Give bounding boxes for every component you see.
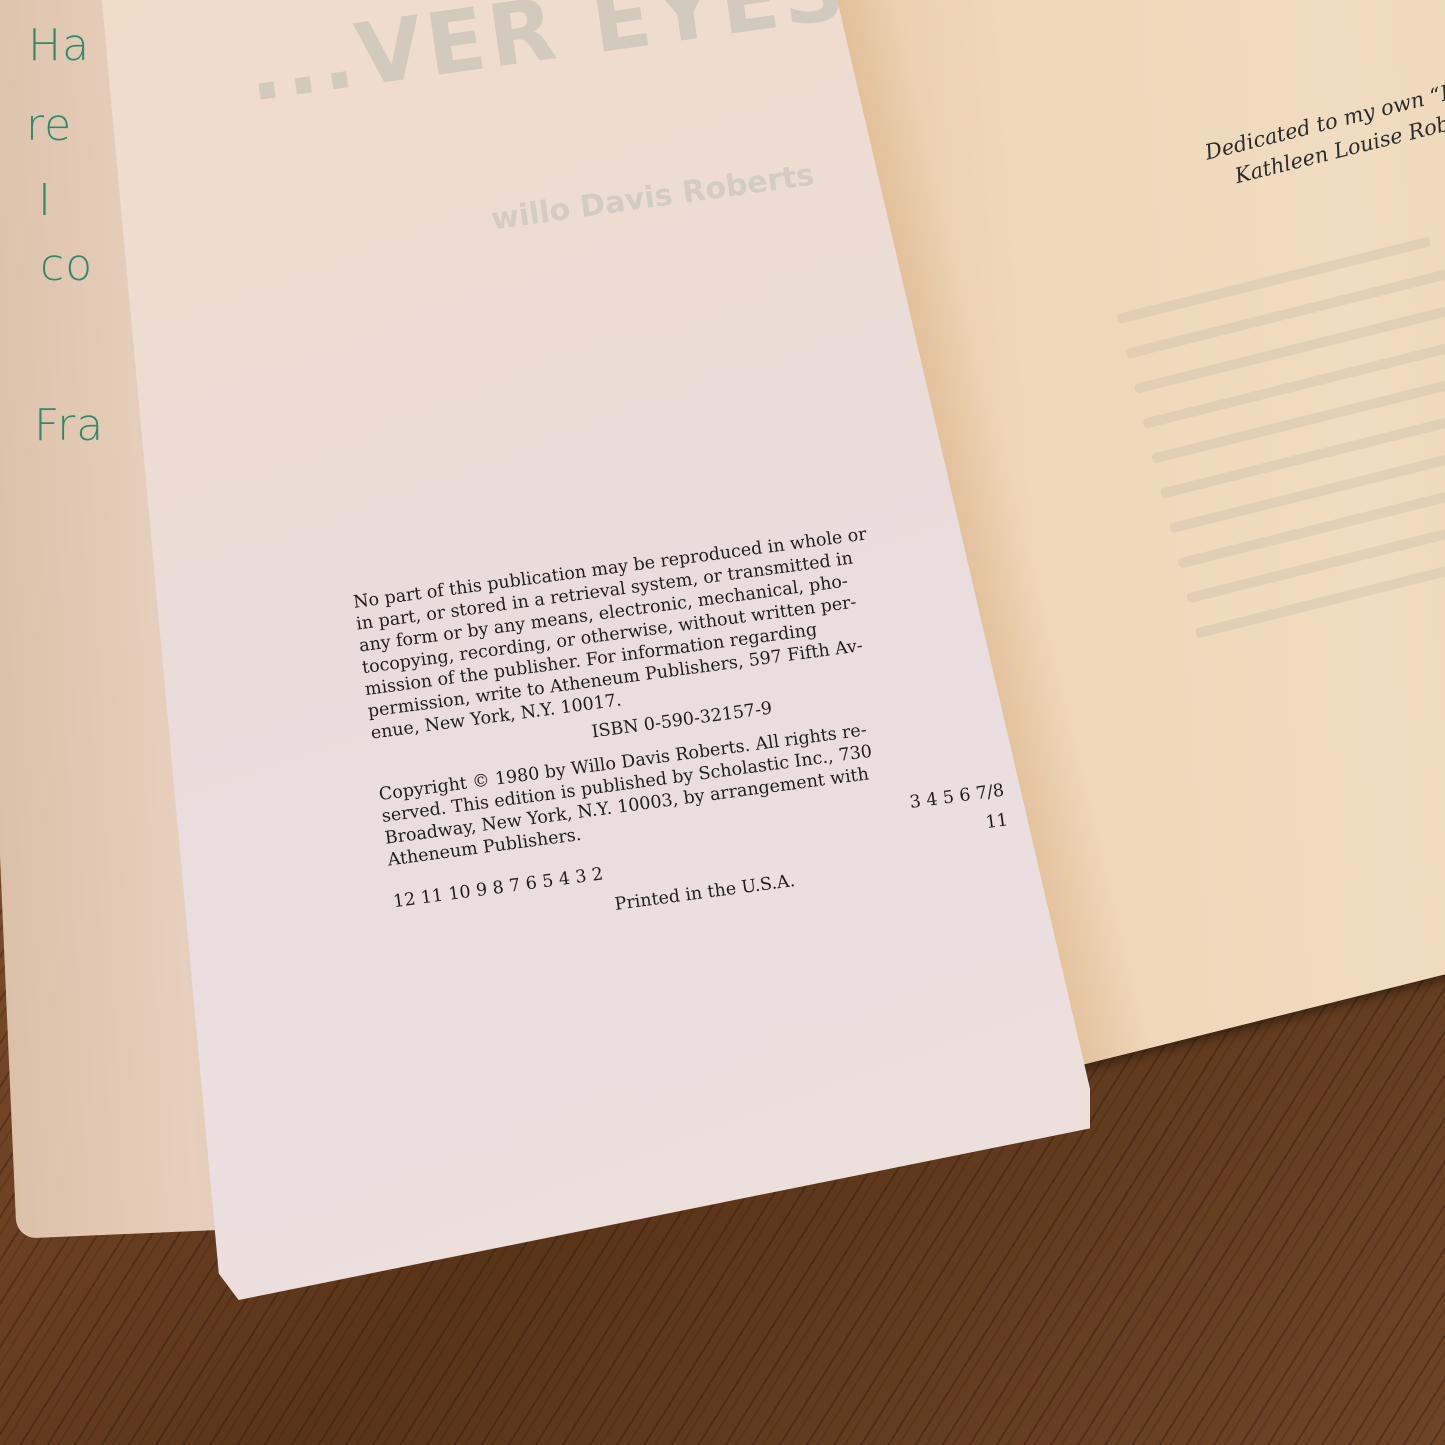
show-through-title: ...VER EYES — [241, 0, 854, 122]
handwriting-fragment: Ha — [28, 20, 90, 71]
page-number: 11 — [984, 809, 1009, 834]
handwriting-fragment: Fra — [34, 400, 104, 451]
show-through-author: willo Davis Roberts — [489, 158, 816, 238]
handwriting-fragment: co — [40, 240, 93, 291]
show-through-text — [1116, 203, 1445, 664]
handwriting-fragment: re — [26, 100, 72, 151]
dedication-text: Dedicated to my own “Katie” Kathleen Lou… — [1148, 50, 1445, 210]
handwriting-fragment: I — [38, 175, 52, 226]
print-code: 3 4 5 6 7/8 — [908, 780, 1005, 814]
